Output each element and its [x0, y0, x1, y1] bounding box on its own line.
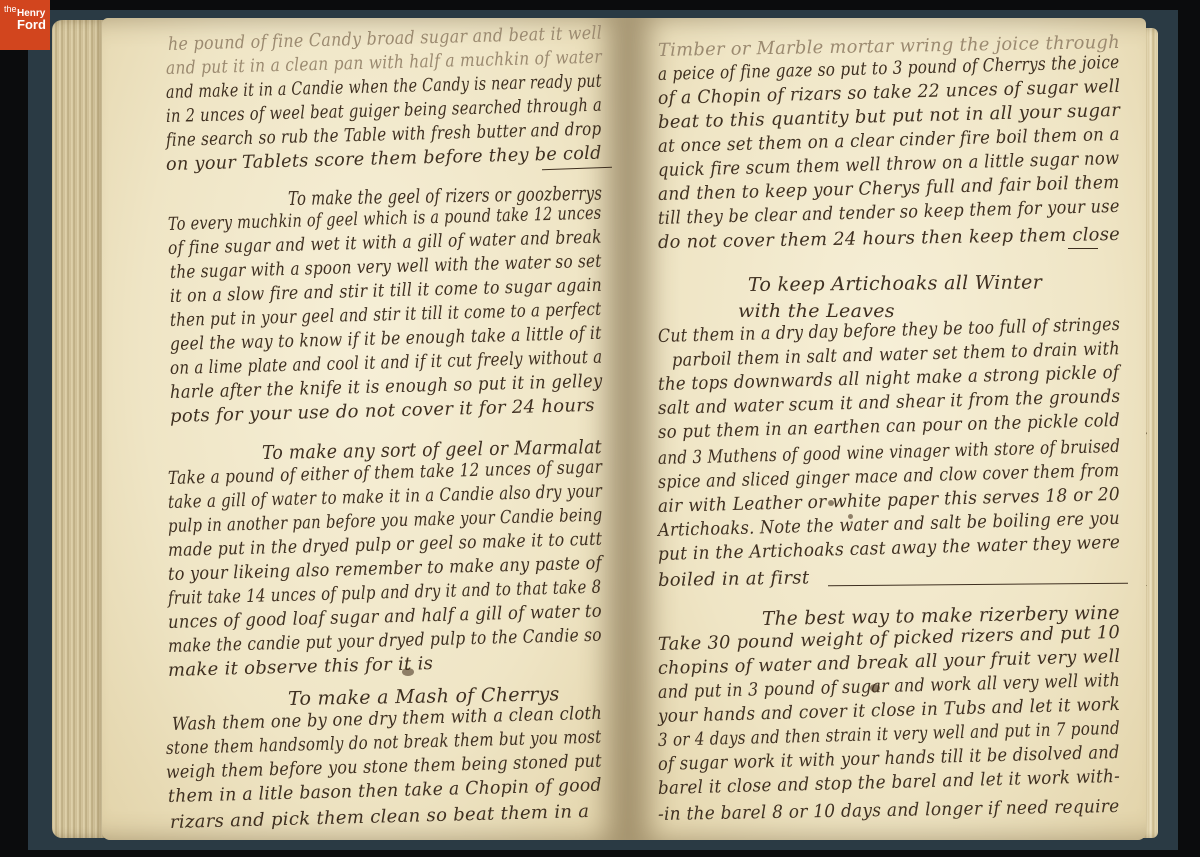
- text-line: -in the barel 8 or 10 days and longer if…: [658, 796, 1120, 825]
- ink-blot: [828, 500, 834, 506]
- open-manuscript-book: h e wee hes iner rud- he pound of fine C…: [52, 14, 1158, 844]
- text-line: do not cover them 24 hours then keep the…: [658, 224, 1120, 253]
- right-page: Timber or Marble mortar wring the joice …: [628, 18, 1146, 840]
- section-rule: [828, 583, 1128, 587]
- end-rule: [1068, 248, 1098, 249]
- left-page: he pound of fine Candy broad sugar and b…: [102, 18, 628, 840]
- ink-blot: [848, 514, 853, 519]
- logo-ford: Ford: [17, 18, 47, 31]
- recipe-title-artichokes-2: with the Leaves: [738, 300, 895, 322]
- recipe-title-artichokes: To keep Artichoaks all Winter: [748, 271, 1042, 296]
- text-line: boiled in at first: [658, 567, 810, 591]
- ink-blot: [402, 668, 414, 676]
- end-rule: [542, 167, 612, 170]
- the-henry-ford-logo: the Henry Ford: [0, 0, 50, 50]
- text-line: rizars and pick them clean so beat them …: [170, 801, 590, 833]
- left-page-stack: [52, 20, 108, 838]
- text-line: make it observe this for it is: [168, 653, 434, 681]
- ink-blot: [870, 684, 880, 692]
